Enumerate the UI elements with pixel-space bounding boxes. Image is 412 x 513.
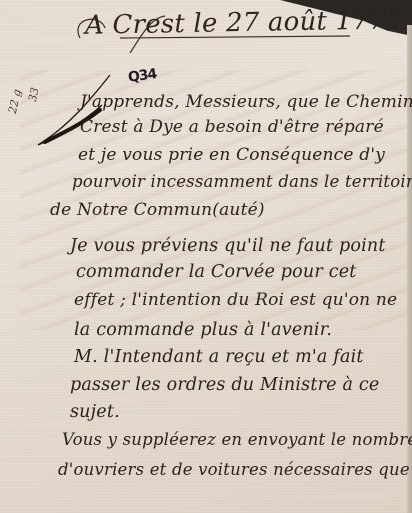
letter-line-9: la commande plus à l'avenir.	[74, 320, 332, 340]
letter-line-3: et je vous prie en Conséquence d'y	[78, 145, 385, 165]
letter-line-10: M. l'Intendant a reçu et m'a fait	[74, 347, 364, 367]
letter-line-4: pourvoir incessamment dans le territoire	[72, 172, 412, 191]
letter-line-2: Crest à Dye a besoin d'être réparé	[80, 117, 384, 137]
letter-line-8: effet ; l'intention du Roi est qu'on ne	[74, 290, 397, 310]
letter-line-14: d'ouvriers et de voitures nécessaires qu…	[58, 460, 410, 479]
document-page: A Crest le 27 août 1775 Q34 22 g 33 J'ap…	[0, 0, 412, 513]
letter-line-1: J'apprends, Messieurs, que le Chemin de	[80, 92, 412, 112]
letter-line-5: de Notre Commun(auté)	[50, 200, 265, 220]
letter-line-13: Vous y suppléerez en envoyant le nombre	[62, 430, 412, 449]
letter-line-7: commander la Corvée pour cet	[76, 262, 357, 282]
letter-line-11: passer les ordres du Ministre à ce	[70, 375, 379, 395]
letter-line-6: Je vous préviens qu'il ne faut point	[70, 236, 386, 256]
letter-heading-date: A Crest le 27 août 1775	[85, 5, 403, 41]
letter-line-12: sujet.	[70, 402, 120, 422]
